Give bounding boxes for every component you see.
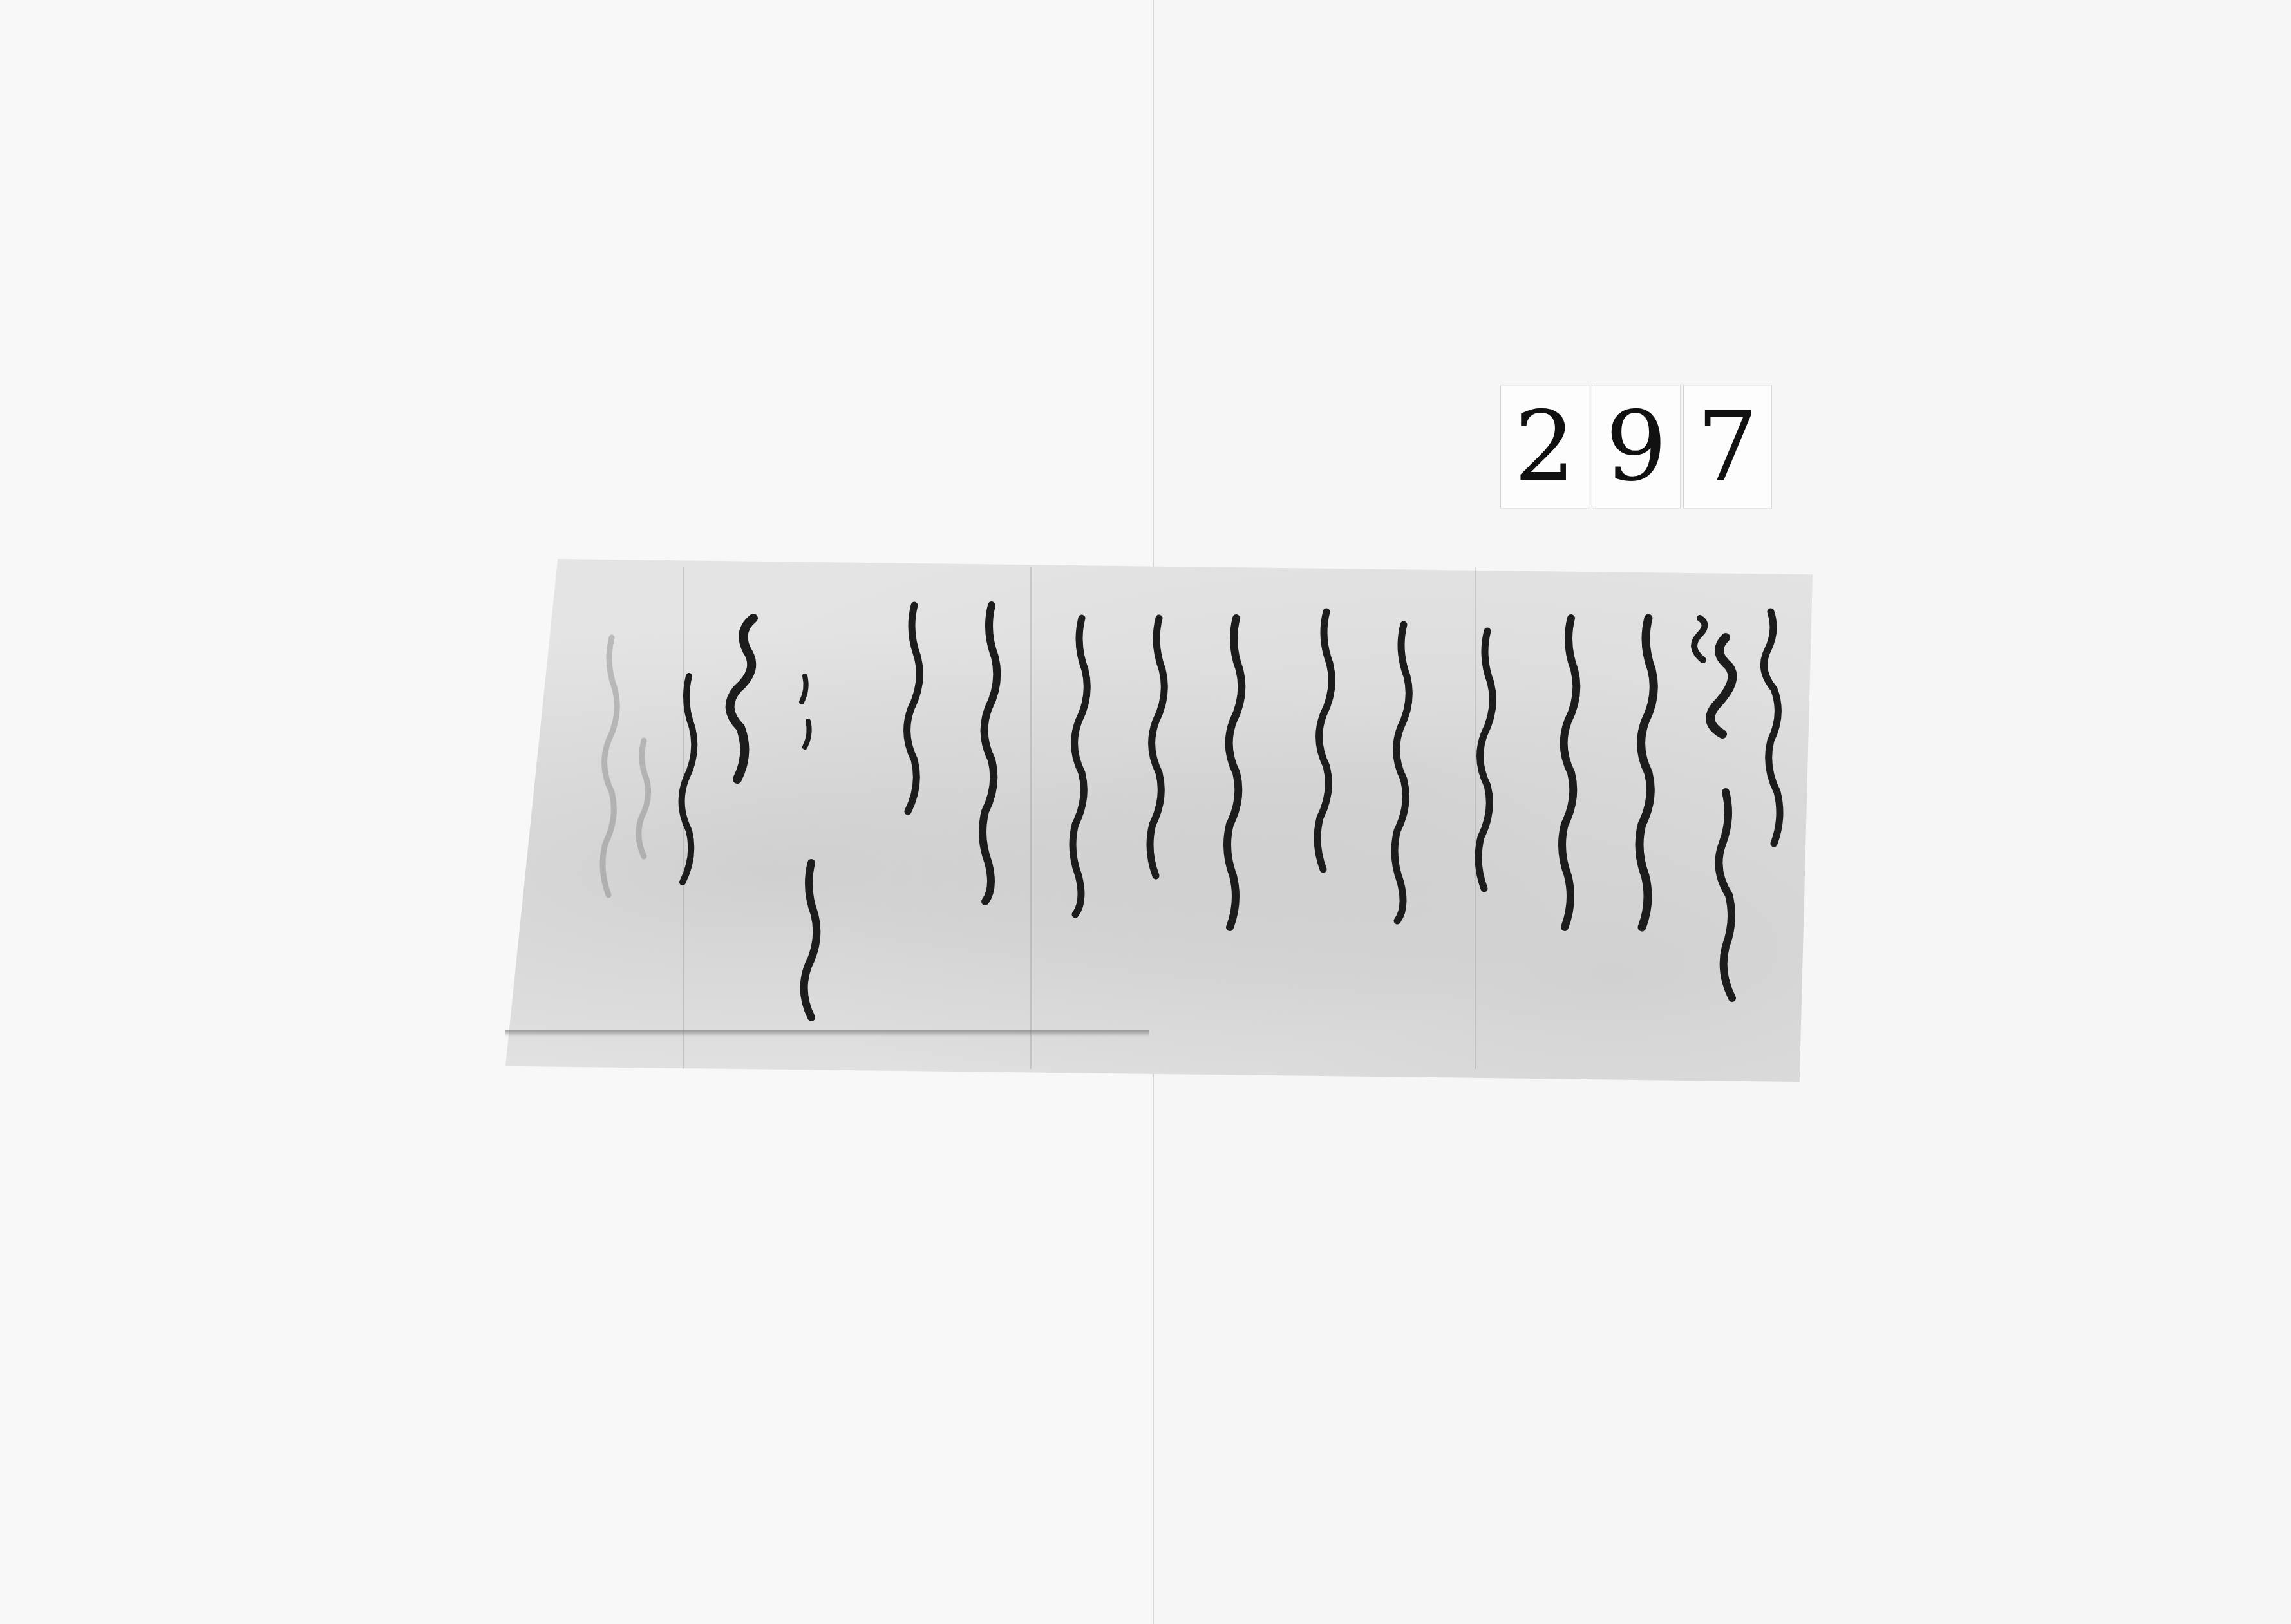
handwritten-script-strokes: [0, 0, 2291, 1624]
